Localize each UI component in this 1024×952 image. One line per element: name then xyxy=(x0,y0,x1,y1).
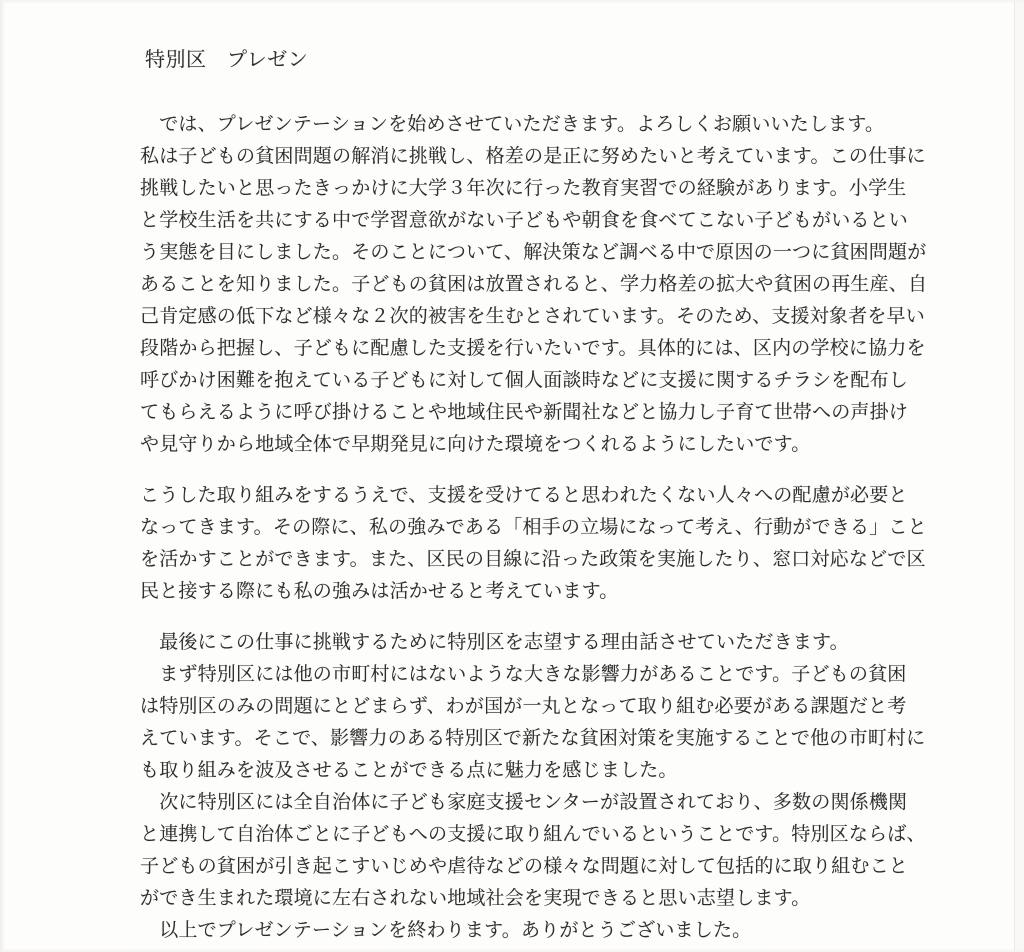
text-line: 民と接する際にも私の強みは活かせると考えています。 xyxy=(140,576,940,608)
paragraph-intro: では、プレゼンテーションを始めさせていただきます。よろしくお願いいたします。 私… xyxy=(140,109,940,461)
page-edge-right xyxy=(1015,0,1024,952)
text-line: は特別区のみの問題にとどまらず、わが国が一丸となって取り組む必要がある課題だと考 xyxy=(140,691,940,723)
text-line: 最後にこの仕事に挑戦するために特別区を志望する理由話させていただきます。 xyxy=(140,627,940,659)
text-line: や見守りから地域全体で早期発見に向けた環境をつくれるようにしたいです。 xyxy=(140,429,940,461)
page-edge-bottom xyxy=(0,948,1024,952)
page-edge-top xyxy=(0,0,1024,4)
text-line: てもらえるように呼び掛けることや地域住民や新聞社などと協力し子育て世帯への声掛け xyxy=(140,397,940,429)
text-line: と連携して自治体ごとに子どもへの支援に取り組んでいるということです。特別区ならば… xyxy=(140,819,940,851)
text-line: も取り組みを波及させることができる点に魅力を感じました。 xyxy=(140,755,940,787)
text-line: あることを知りました。子どもの貧困は放置されると、学力格差の拡大や貧困の再生産、… xyxy=(140,269,940,301)
text-line: 段階から把握し、子どもに配慮した支援を行いたいです。具体的には、区内の学校に協力… xyxy=(140,333,940,365)
document-body: では、プレゼンテーションを始めさせていただきます。よろしくお願いいたします。 私… xyxy=(140,109,940,947)
text-line: を活かすことができます。また、区民の目線に沿った政策を実施したり、窓口対応などで… xyxy=(140,544,940,576)
text-line: と学校生活を共にする中で学習意欲がない子どもや朝食を食べてこない子どもがいるとい xyxy=(140,205,940,237)
text-line: ができ生まれた環境に左右されない地域社会を実現できると思い志望します。 xyxy=(140,883,940,915)
text-line: えています。そこで、影響力のある特別区で新たな貧困対策を実施することで他の市町村… xyxy=(140,723,940,755)
text-line: こうした取り組みをするうえで、支援を受けてると思われたくない人々への配慮が必要と xyxy=(140,480,940,512)
text-line: 挑戦したいと思ったきっかけに大学３年次に行った教育実習での経験があります。小学生 xyxy=(140,173,940,205)
text-line: では、プレゼンテーションを始めさせていただきます。よろしくお願いいたします。 xyxy=(140,109,940,141)
page-title: 特別区 プレゼン xyxy=(145,44,308,76)
text-line: 私は子どもの貧困問題の解消に挑戦し、格差の是正に努めたいと考えています。この仕事… xyxy=(140,141,940,173)
paragraph-strengths: こうした取り組みをするうえで、支援を受けてると思われたくない人々への配慮が必要と… xyxy=(140,480,940,608)
text-line: う実態を目にしました。そのことについて、解決策など調べる中で原因の一つに貧困問題… xyxy=(140,237,940,269)
page-edge-left xyxy=(0,0,5,952)
text-line: 子どもの貧困が引き起こすいじめや虐待などの様々な問題に対して包括的に取り組むこと xyxy=(140,851,940,883)
text-line: 己肯定感の低下など様々な２次的被害を生むとされています。そのため、支援対象者を早… xyxy=(140,301,940,333)
text-line: 以上でプレゼンテーションを終わります。ありがとうございました。 xyxy=(140,915,940,947)
text-line: 次に特別区には全自治体に子ども家庭支援センターが設置されており、多数の関係機関 xyxy=(140,787,940,819)
text-line: なってきます。その際に、私の強みである「相手の立場になって考え、行動ができる」こ… xyxy=(140,512,940,544)
document-page: 特別区 プレゼン では、プレゼンテーションを始めさせていただきます。よろしくお願… xyxy=(0,0,1024,952)
paragraph-motivation: 最後にこの仕事に挑戦するために特別区を志望する理由話させていただきます。 まず特… xyxy=(140,627,940,947)
page-edge-right-line xyxy=(1014,0,1015,952)
text-line: 呼びかけ困難を抱えている子どもに対して個人面談時などに支援に関するチラシを配布し xyxy=(140,365,940,397)
text-line: まず特別区には他の市町村にはないような大きな影響力があることです。子どもの貧困 xyxy=(140,659,940,691)
